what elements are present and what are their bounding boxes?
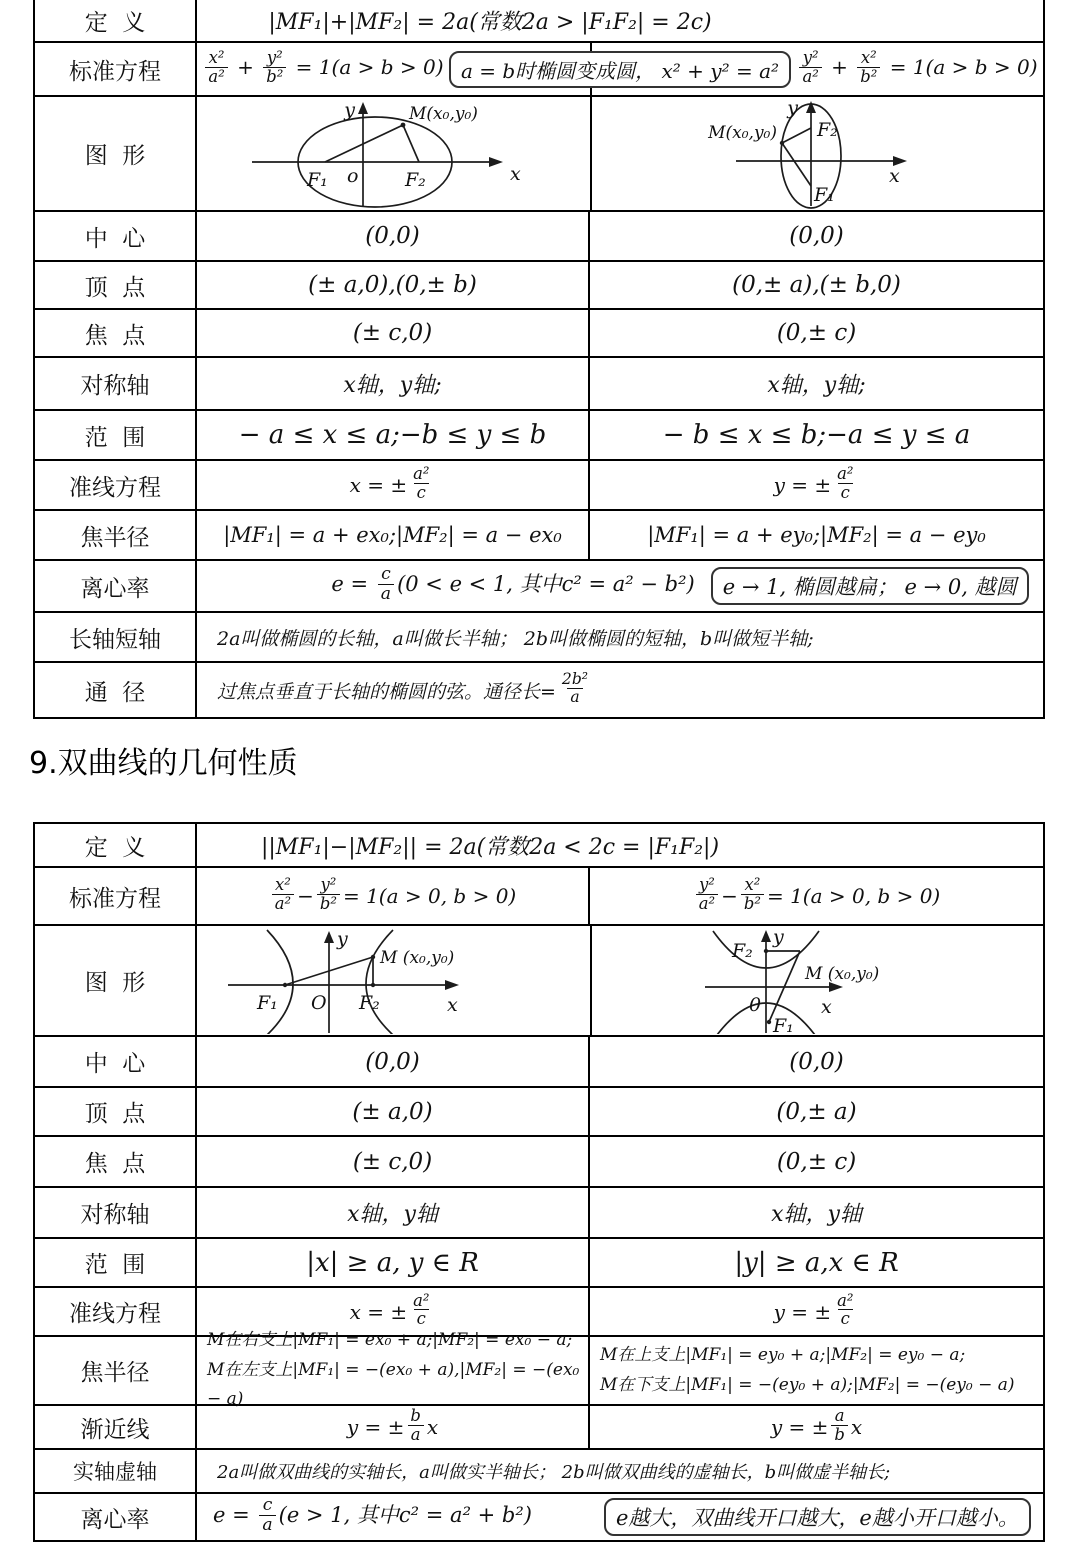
row-label: 图 形 [35, 97, 197, 210]
row-label: 焦半径 [35, 1337, 197, 1404]
definition-formula: ||MF₁|−|MF₂|| = 2a(常数2a < 2c = |F₁F₂|) [261, 830, 719, 861]
cell-left: x = ± a²c [197, 461, 590, 509]
row-foci: 焦 点 (± c,0) (0,± c) [35, 310, 1043, 358]
row-symmetry-axes: 对称轴 x轴，y轴 x轴，y轴 [35, 1188, 1043, 1239]
note-box: e → 1, 椭圆越扁； e → 0, 越圆 [711, 567, 1029, 605]
row-label: 顶 点 [35, 1088, 197, 1135]
row-label: 对称轴 [35, 1188, 197, 1237]
axis-label-x: x [510, 163, 521, 185]
cell-right: x轴，y轴; [590, 358, 1043, 409]
row-eccentricity: 离心率 e = ca(e > 1, 其中c² = a² + b²) e越大，双曲… [35, 1494, 1043, 1540]
cell-right: (0,± c) [590, 1137, 1043, 1186]
eccentricity-formula: e = ca(0 < e < 1, 其中c² = a² − b²) [331, 567, 694, 604]
row-vertices: 顶 点 (± a,0),(0,± b) (0,± a),(± b,0) [35, 262, 1043, 310]
cell-full: x²a² + y²b² = 1(a > b > 0) a = b时椭圆变成圆， … [197, 43, 1043, 95]
definition-formula: |MF₁|+|MF₂| = 2a(常数2a > |F₁F₂| = 2c) [268, 5, 711, 36]
formula-right: y²a² + x²b² = 1(a > b > 0) [796, 51, 1037, 86]
cell-full: 2a叫做椭圆的长轴，a叫做长半轴； 2b叫做椭圆的短轴，b叫做短半轴; [197, 613, 1043, 661]
row-symmetry-axes: 对称轴 x轴，y轴; x轴，y轴; [35, 358, 1043, 411]
axis-label-y: y [772, 927, 784, 948]
cell-right: (0,0) [590, 1037, 1043, 1086]
row-label: 对称轴 [35, 358, 197, 409]
cell-right: x轴，y轴 [590, 1188, 1043, 1237]
cell-right: y = ± a²c [590, 1288, 1043, 1335]
row-label: 长轴短轴 [35, 613, 197, 661]
row-label: 渐近线 [35, 1406, 197, 1448]
row-definition: 定 义 |MF₁|+|MF₂| = 2a(常数2a > |F₁F₂| = 2c) [35, 0, 1043, 43]
cell-right: M在上支上|MF₁| = ey₀ + a;|MF₂| = ey₀ − a; M在… [590, 1337, 1043, 1404]
focal-radius-right-branch: M在右支上|MF₁| = ex₀ + a;|MF₂| = ex₀ − a; [207, 1326, 572, 1356]
point-label-f1: F₁ [772, 1015, 794, 1034]
point-label-f1: F₁ [813, 184, 835, 206]
ellipse-table: 定 义 |MF₁|+|MF₂| = 2a(常数2a > |F₁F₂| = 2c)… [33, 0, 1045, 719]
hyperbola-vertical-figure: y x F₂ M (x₀,y₀) 0 F₁ [593, 927, 1042, 1034]
cell-right: (0,± a) [590, 1088, 1043, 1135]
point-label-f1: F₁ [256, 992, 278, 1014]
row-label: 通 径 [35, 663, 197, 717]
row-label: 范 围 [35, 411, 197, 459]
row-graph: 图 形 y x M(x₀,y₀) F₁ o F₂ [35, 97, 1043, 212]
cell-right: |y| ≥ a,x ∈ R [590, 1239, 1043, 1286]
point-label-f2: F₂ [404, 169, 426, 191]
cell-full: e = ca(e > 1, 其中c² = a² + b²) e越大，双曲线开口越… [197, 1494, 1043, 1540]
cell-right: (0,± c) [590, 310, 1043, 356]
cell-right: (0,0) [590, 212, 1043, 260]
row-label: 离心率 [35, 561, 197, 611]
eccentricity-formula: e = ca(e > 1, 其中c² = a² + b²) [213, 1498, 532, 1535]
note-box: a = b时椭圆变成圆， x² + y² = a² [449, 51, 791, 88]
row-label: 定 义 [35, 0, 197, 41]
focal-radius-lower-branch: M在下支上|MF₁| = −(ey₀ + a);|MF₂| = −(ey₀ − … [600, 1371, 1015, 1401]
ellipse-vertical-figure: y x M(x₀,y₀) F₂ F₁ [593, 98, 1042, 209]
cell-full: ||MF₁|−|MF₂|| = 2a(常数2a < 2c = |F₁F₂|) [197, 824, 1043, 866]
row-eccentricity: 离心率 e = ca(0 < e < 1, 其中c² = a² − b²) e … [35, 561, 1043, 613]
formula-left: x²a² + y²b² = 1(a > b > 0) [202, 51, 443, 86]
cell-right: |MF₁| = a + ey₀;|MF₂| = a − ey₀ [590, 511, 1043, 559]
cell-right: y x F₂ M (x₀,y₀) 0 F₁ [592, 926, 1043, 1035]
row-asymptotes: 渐近线 y = ± bax y = ± abx [35, 1406, 1043, 1450]
point-label-m: M(x₀,y₀) [408, 104, 478, 124]
cell-right: (0,± a),(± b,0) [590, 262, 1043, 308]
row-label: 焦 点 [35, 310, 197, 356]
cell-left: (± a,0) [197, 1088, 590, 1135]
row-label: 范 围 [35, 1239, 197, 1286]
origin-label: o [347, 165, 358, 187]
hyperbola-horizontal-figure: y x M (x₀,y₀) F₁ O F₂ [197, 927, 590, 1034]
row-label: 图 形 [35, 926, 197, 1035]
axis-label-x: x [447, 994, 458, 1016]
row-graph: 图 形 y x M (x₀,y₀) F₁ O F₂ [35, 926, 1043, 1037]
cell-left: (± c,0) [197, 310, 590, 356]
ellipse-horizontal-figure: y x M(x₀,y₀) F₁ o F₂ [197, 98, 590, 209]
row-label: 标准方程 [35, 43, 197, 95]
hyperbola-table: 定 义 ||MF₁|−|MF₂|| = 2a(常数2a < 2c = |F₁F₂… [33, 822, 1045, 1542]
row-standard-equation: 标准方程 x²a² − y²b² = 1(a > 0, b > 0) y²a² … [35, 868, 1043, 926]
cell-left: (± c,0) [197, 1137, 590, 1186]
cell-left: (± a,0),(0,± b) [197, 262, 590, 308]
cell-left: (0,0) [197, 1037, 590, 1086]
cell-right: y = ± a²c [590, 461, 1043, 509]
row-directrix: 准线方程 x = ± a²c y = ± a²c [35, 461, 1043, 511]
section-heading: 9.双曲线的几何性质 [29, 732, 298, 796]
row-label: 顶 点 [35, 262, 197, 308]
cell-right: y x M(x₀,y₀) F₂ F₁ [592, 97, 1043, 210]
row-major-minor-axes: 长轴短轴 2a叫做椭圆的长轴，a叫做长半轴； 2b叫做椭圆的短轴，b叫做短半轴; [35, 613, 1043, 663]
page: 定 义 |MF₁|+|MF₂| = 2a(常数2a > |F₁F₂| = 2c)… [0, 0, 1080, 1551]
cell-left: − a ≤ x ≤ a;−b ≤ y ≤ b [197, 411, 590, 459]
axis-label-y: y [786, 98, 798, 119]
cell-left: |MF₁| = a + ex₀;|MF₂| = a − ex₀ [197, 511, 590, 559]
row-label: 焦 点 [35, 1137, 197, 1186]
axis-label-y: y [343, 99, 355, 121]
row-label: 标准方程 [35, 868, 197, 924]
axis-label-y: y [336, 928, 348, 950]
row-label: 定 义 [35, 824, 197, 866]
row-label: 离心率 [35, 1494, 197, 1540]
point-label-m: M (x₀,y₀) [804, 964, 879, 984]
row-label: 焦半径 [35, 511, 197, 559]
row-range: 范 围 |x| ≥ a, y ∈ R |y| ≥ a,x ∈ R [35, 1239, 1043, 1288]
cell-right: y²a² − x²b² = 1(a > 0, b > 0) [590, 868, 1043, 924]
cell-full: |MF₁|+|MF₂| = 2a(常数2a > |F₁F₂| = 2c) [197, 0, 1043, 41]
row-focal-radius: 焦半径 M在右支上|MF₁| = ex₀ + a;|MF₂| = ex₀ − a… [35, 1337, 1043, 1406]
cell-left: y x M(x₀,y₀) F₁ o F₂ [197, 97, 592, 210]
cell-left: M在右支上|MF₁| = ex₀ + a;|MF₂| = ex₀ − a; M在… [197, 1337, 590, 1404]
cell-left: y = ± bax [197, 1406, 590, 1448]
point-label-f2: F₂ [816, 119, 838, 141]
cell-left: y x M (x₀,y₀) F₁ O F₂ [197, 926, 592, 1035]
cell-left: x轴，y轴; [197, 358, 590, 409]
row-range: 范 围 − a ≤ x ≤ a;−b ≤ y ≤ b − b ≤ x ≤ b;−… [35, 411, 1043, 461]
focal-radius-upper-branch: M在上支上|MF₁| = ey₀ + a;|MF₂| = ey₀ − a; [600, 1341, 965, 1371]
row-label: 准线方程 [35, 1288, 197, 1335]
eccentricity-group: e = ca(e > 1, 其中c² = a² + b²) e越大，双曲线开口越… [197, 1498, 1043, 1536]
point-label-m: M(x₀,y₀) [707, 123, 777, 143]
row-real-imaginary-axes: 实轴虚轴 2a叫做双曲线的实轴长，a叫做实半轴长； 2b叫做双曲线的虚轴长，b叫… [35, 1450, 1043, 1494]
cell-full: e = ca(0 < e < 1, 其中c² = a² − b²) e → 1,… [197, 561, 1043, 611]
note-box: e越大，双曲线开口越大，e越小开口越小。 [604, 1498, 1031, 1536]
row-definition: 定 义 ||MF₁|−|MF₂|| = 2a(常数2a < 2c = |F₁F₂… [35, 824, 1043, 868]
row-foci: 焦 点 (± c,0) (0,± c) [35, 1137, 1043, 1188]
row-vertices: 顶 点 (± a,0) (0,± a) [35, 1088, 1043, 1137]
row-label: 中 心 [35, 1037, 197, 1086]
row-label: 中 心 [35, 212, 197, 260]
row-latus-rectum: 通 径 过焦点垂直于长轴的椭圆的弦。通径长= 2b²a [35, 663, 1043, 717]
row-center: 中 心 (0,0) (0,0) [35, 212, 1043, 262]
point-label-f2: F₂ [731, 940, 753, 962]
cell-left: |x| ≥ a, y ∈ R [197, 1239, 590, 1286]
row-standard-equation: 标准方程 x²a² + y²b² = 1(a > b > 0) a = b时椭圆… [35, 43, 1043, 97]
axis-label-x: x [889, 165, 900, 187]
row-center: 中 心 (0,0) (0,0) [35, 1037, 1043, 1088]
origin-label: O [311, 992, 327, 1014]
cell-left: x²a² − y²b² = 1(a > 0, b > 0) [197, 868, 590, 924]
origin-label: 0 [749, 994, 761, 1016]
axis-label-x: x [821, 996, 832, 1018]
row-focal-radius: 焦半径 |MF₁| = a + ex₀;|MF₂| = a − ex₀ |MF₁… [35, 511, 1043, 561]
point-label-f1: F₁ [306, 169, 328, 191]
row-label: 准线方程 [35, 461, 197, 509]
point-label-f2: F₂ [358, 992, 380, 1014]
standard-equation-group: x²a² + y²b² = 1(a > b > 0) a = b时椭圆变成圆， … [197, 51, 1043, 88]
row-label: 实轴虚轴 [35, 1450, 197, 1492]
cell-right: − b ≤ x ≤ b;−a ≤ y ≤ a [590, 411, 1043, 459]
point-label-m: M (x₀,y₀) [379, 948, 454, 968]
cell-right: y = ± abx [590, 1406, 1043, 1448]
cell-full: 2a叫做双曲线的实轴长，a叫做实半轴长； 2b叫做双曲线的虚轴长，b叫做虚半轴长… [197, 1450, 1043, 1492]
cell-left: (0,0) [197, 212, 590, 260]
cell-full: 过焦点垂直于长轴的椭圆的弦。通径长= 2b²a [197, 663, 1043, 717]
eccentricity-group: e = ca(0 < e < 1, 其中c² = a² − b²) e → 1,… [331, 567, 1028, 605]
cell-left: x轴，y轴 [197, 1188, 590, 1237]
